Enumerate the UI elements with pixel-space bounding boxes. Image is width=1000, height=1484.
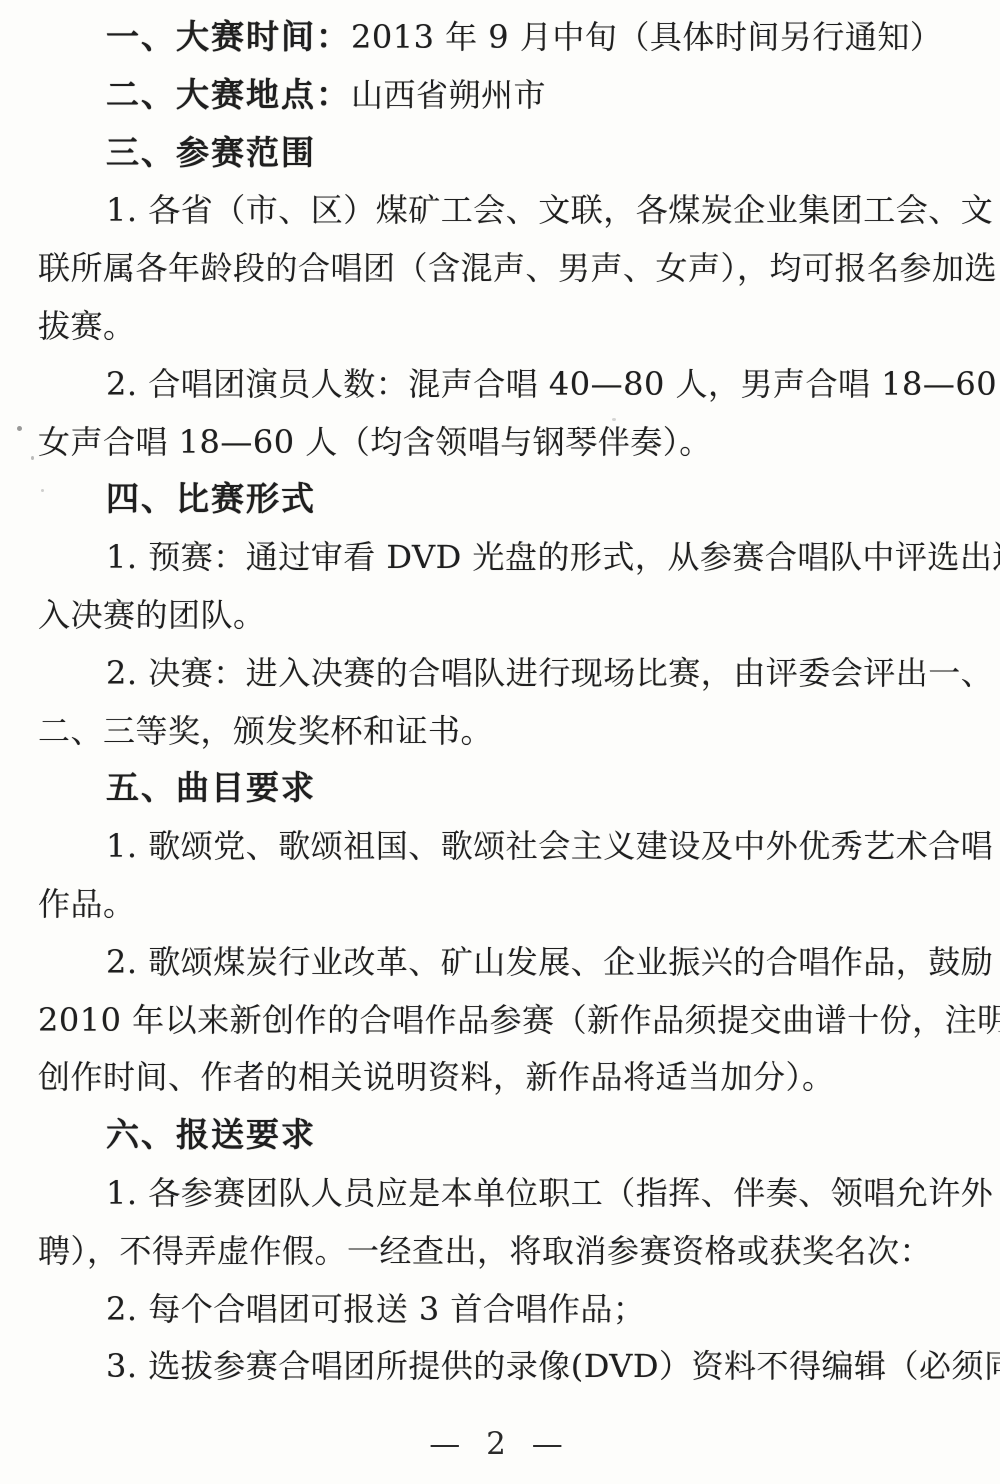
line-text: 女声合唱 18—60 人（均含领唱与钢琴伴奏）。 bbox=[38, 423, 712, 461]
text-line: 2. 歌颂煤炭行业改革、矿山发展、企业振兴的合唱作品，鼓励 bbox=[38, 933, 983, 991]
line-text: 3. 选拔参赛合唱团所提供的录像(DVD）资料不得编辑（必须同 bbox=[106, 1347, 1000, 1385]
text-line: 2. 合唱团演员人数：混声合唱 40—80 人，男声合唱 18—60 人， bbox=[38, 355, 983, 413]
text-line: 1. 歌颂党、歌颂祖国、歌颂社会主义建设及中外优秀艺术合唱 bbox=[38, 817, 983, 875]
text-line: 3. 选拔参赛合唱团所提供的录像(DVD）资料不得编辑（必须同 bbox=[38, 1337, 983, 1395]
section-heading: 六、报送要求 bbox=[106, 1115, 316, 1154]
section-heading: 二、大赛地点： bbox=[106, 75, 351, 114]
line-text: 2010 年以来新创作的合唱作品参赛（新作品须提交曲谱十份，注明 bbox=[38, 1001, 1000, 1039]
line-text: 2. 决赛：进入决赛的合唱队进行现场比赛，由评委会评出一、 bbox=[106, 654, 993, 692]
scan-speck bbox=[612, 418, 616, 421]
text-line: 二、大赛地点：山西省朔州市 bbox=[38, 66, 983, 124]
line-text: 2. 合唱团演员人数：混声合唱 40—80 人，男声合唱 18—60 人， bbox=[106, 365, 1000, 403]
scan-speck bbox=[41, 489, 44, 492]
line-text: 联所属各年龄段的合唱团（含混声、男声、女声），均可报名参加选 bbox=[38, 249, 997, 287]
text-line: 拔赛。 bbox=[38, 297, 983, 355]
section-heading: 一、大赛时间： bbox=[106, 17, 351, 56]
text-line: 四、比赛形式 bbox=[38, 470, 983, 528]
line-text: 山西省朔州市 bbox=[351, 76, 546, 114]
line-text: 作品。 bbox=[38, 885, 136, 923]
text-line: 创作时间、作者的相关说明资料，新作品将适当加分）。 bbox=[38, 1048, 983, 1106]
line-text: 创作时间、作者的相关说明资料，新作品将适当加分）。 bbox=[38, 1058, 835, 1096]
text-line: 1. 各参赛团队人员应是本单位职工（指挥、伴奏、领唱允许外 bbox=[38, 1164, 983, 1222]
text-line: 五、曲目要求 bbox=[38, 759, 983, 817]
text-line: 2010 年以来新创作的合唱作品参赛（新作品须提交曲谱十份，注明 bbox=[38, 991, 983, 1049]
line-text: 二、三等奖，颁发奖杯和证书。 bbox=[38, 712, 493, 750]
page-number-footer: — 2 — bbox=[0, 1420, 1000, 1468]
line-text: 1. 各参赛团队人员应是本单位职工（指挥、伴奏、领唱允许外 bbox=[106, 1174, 993, 1212]
document-page: 一、大赛时间：2013 年 9 月中旬（具体时间另行通知） 二、大赛地点：山西省… bbox=[0, 0, 1000, 1484]
text-line: 三、参赛范围 bbox=[38, 124, 983, 182]
scan-speck bbox=[31, 456, 34, 460]
text-line: 聘），不得弄虚作假。一经查出，将取消参赛资格或获奖名次： bbox=[38, 1222, 983, 1280]
line-text: 入决赛的团队。 bbox=[38, 596, 266, 634]
text-line: 女声合唱 18—60 人（均含领唱与钢琴伴奏）。 bbox=[38, 413, 983, 471]
section-heading: 三、参赛范围 bbox=[106, 133, 316, 172]
line-text: 2. 歌颂煤炭行业改革、矿山发展、企业振兴的合唱作品，鼓励 bbox=[106, 943, 993, 981]
text-line: 一、大赛时间：2013 年 9 月中旬（具体时间另行通知） bbox=[38, 8, 983, 66]
section-heading: 四、比赛形式 bbox=[106, 479, 316, 518]
text-line: 1. 各省（市、区）煤矿工会、文联，各煤炭企业集团工会、文 bbox=[38, 181, 983, 239]
text-line: 2. 决赛：进入决赛的合唱队进行现场比赛，由评委会评出一、 bbox=[38, 644, 983, 702]
document-body: 一、大赛时间：2013 年 9 月中旬（具体时间另行通知） 二、大赛地点：山西省… bbox=[38, 8, 983, 1395]
section-heading: 五、曲目要求 bbox=[106, 768, 316, 807]
text-line: 六、报送要求 bbox=[38, 1106, 983, 1164]
scan-speck bbox=[17, 426, 22, 431]
line-text: 1. 预赛：通过审看 DVD 光盘的形式，从参赛合唱队中评选出进 bbox=[106, 538, 1000, 576]
text-line: 2. 每个合唱团可报送 3 首合唱作品； bbox=[38, 1280, 983, 1338]
text-line: 入决赛的团队。 bbox=[38, 586, 983, 644]
text-line: 作品。 bbox=[38, 875, 983, 933]
text-line: 二、三等奖，颁发奖杯和证书。 bbox=[38, 702, 983, 760]
text-line: 1. 预赛：通过审看 DVD 光盘的形式，从参赛合唱队中评选出进 bbox=[38, 528, 983, 586]
line-text: 聘），不得弄虚作假。一经查出，将取消参赛资格或获奖名次： bbox=[38, 1232, 932, 1270]
line-text: 1. 歌颂党、歌颂祖国、歌颂社会主义建设及中外优秀艺术合唱 bbox=[106, 827, 993, 865]
line-text: 拔赛。 bbox=[38, 307, 136, 345]
text-line: 联所属各年龄段的合唱团（含混声、男声、女声），均可报名参加选 bbox=[38, 239, 983, 297]
line-text: 2013 年 9 月中旬（具体时间另行通知） bbox=[351, 18, 942, 56]
line-text: 1. 各省（市、区）煤矿工会、文联，各煤炭企业集团工会、文 bbox=[106, 191, 993, 229]
line-text: 2. 每个合唱团可报送 3 首合唱作品； bbox=[106, 1290, 645, 1328]
